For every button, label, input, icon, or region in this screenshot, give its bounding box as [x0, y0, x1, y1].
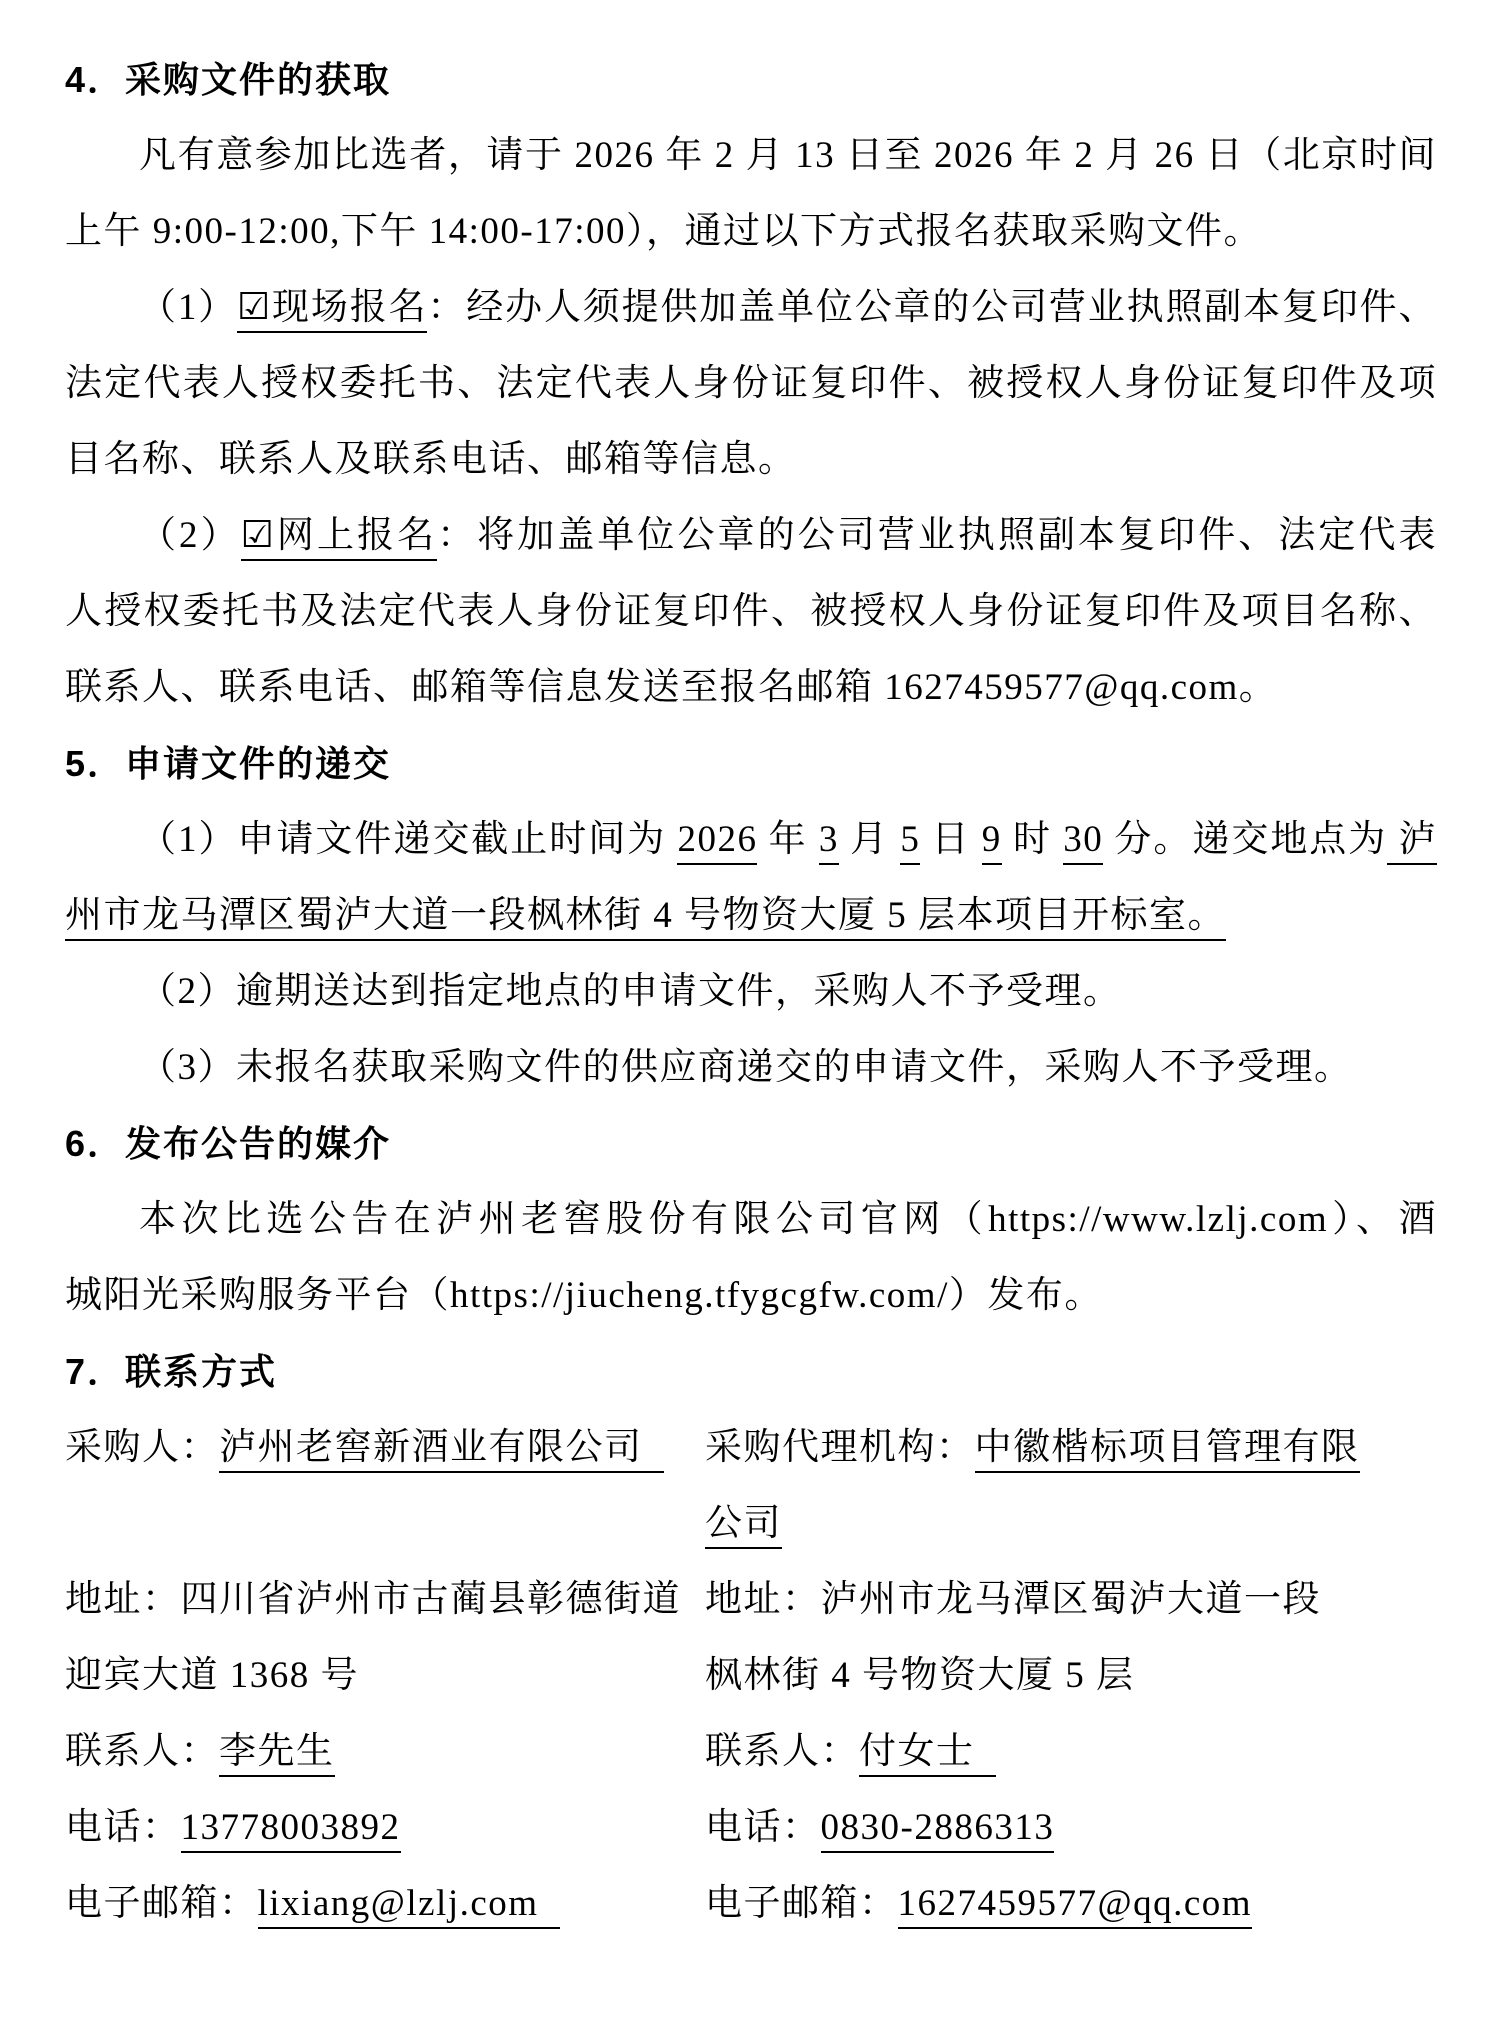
text-line: 本次比选公告在泸州老窖股份有限公司官网（https://www.lzlj.com… [65, 1182, 1437, 1258]
text-line: 凡有意参加比选者，请于 2026 年 2 月 13 日至 2026 年 2 月 … [65, 118, 1437, 194]
section-5-heading: 5．申请文件的递交 [65, 726, 1437, 802]
text-run: 4．采购文件的获取 [65, 59, 391, 100]
text-run: 6．发布公告的媒介 [65, 1123, 391, 1164]
text-run: （1） [139, 287, 237, 328]
text-run: （2）逾期送达到指定地点的申请文件，采购人不予受理。 [139, 971, 1122, 1012]
purchaser-name-value: 泸州老窖新酒业有限公司 [219, 1427, 664, 1473]
section-7-heading: 7．联系方式 [65, 1334, 1437, 1410]
text-run: 时 [1002, 819, 1063, 860]
contact-cell-left: 电话：13778003892 [65, 1790, 705, 1866]
contact-cell-left: 迎宾大道 1368 号 [65, 1638, 705, 1714]
contact-cell-right: 地址：泸州市龙马潭区蜀泸大道一段 [705, 1562, 1437, 1638]
agency-address-line1: 地址：泸州市龙马潭区蜀泸大道一段 [705, 1579, 1321, 1620]
text-run: 泸 [1387, 819, 1437, 865]
text-line: 城阳光采购服务平台（https://jiucheng.tfygcgfw.com/… [65, 1258, 1437, 1334]
text-run: 日 [920, 819, 981, 860]
text-run: 年 [757, 819, 818, 860]
checkbox-checked-icon: ☑ [241, 515, 276, 561]
text-line: （2）逾期送达到指定地点的申请文件，采购人不予受理。 [65, 954, 1437, 1030]
text-line: 州市龙马潭区蜀泸大道一段枫林街 4 号物资大厦 5 层本项目开标室。 [65, 878, 1437, 954]
text-run: 目名称、联系人及联系电话、邮箱等信息。 [65, 439, 797, 480]
contact-cell-right: 公司 [705, 1486, 1437, 1562]
contact-cell-right: 枫林街 4 号物资大厦 5 层 [705, 1638, 1437, 1714]
agency-name-value: 中徽楷标项目管理有限 [975, 1427, 1360, 1473]
text-line: （1）☑现场报名：经办人须提供加盖单位公章的公司营业执照副本复印件、 [65, 270, 1437, 346]
text-run: 5．申请文件的递交 [65, 743, 391, 784]
text-run: 月 [839, 819, 900, 860]
text-run: （2） [139, 515, 241, 556]
text-run: 法定代表人授权委托书、法定代表人身份证复印件、被授权人身份证复印件及项 [65, 363, 1437, 404]
agency-name-value-cont: 公司 [705, 1503, 782, 1549]
signup-email-sentence: 联系人、联系电话、邮箱等信息发送至报名邮箱 1627459577@qq.com。 [65, 667, 1277, 708]
contact-cell-right: 采购代理机构：中徽楷标项目管理有限 [705, 1410, 1437, 1486]
agency-contact-value: 付女士 [859, 1731, 996, 1777]
text-run: 7．联系方式 [65, 1351, 277, 1392]
submission-address: 州市龙马潭区蜀泸大道一段枫林街 4 号物资大厦 5 层本项目开标室。 [65, 895, 1226, 941]
text-run: ：经办人须提供加盖单位公章的公司营业执照副本复印件、 [427, 287, 1437, 328]
agency-phone-label: 电话： [705, 1807, 821, 1848]
checkbox-checked-icon: ☑ [237, 287, 272, 333]
agency-email-value: 1627459577@qq.com [898, 1883, 1253, 1929]
text-line: 人授权委托书及法定代表人身份证复印件、被授权人身份证复印件及项目名称、 [65, 574, 1437, 650]
deadline-month: 3 [819, 819, 839, 865]
section-6-heading: 6．发布公告的媒介 [65, 1106, 1437, 1182]
contact-cell-left: 联系人：李先生 [65, 1714, 705, 1790]
contact-cell-right: 电子邮箱：1627459577@qq.com [705, 1866, 1437, 1942]
online-signup-label: 网上报名 [275, 515, 437, 561]
purchaser-email-label: 电子邮箱： [65, 1883, 258, 1924]
text-line: 法定代表人授权委托书、法定代表人身份证复印件、被授权人身份证复印件及项 [65, 346, 1437, 422]
purchaser-address-line2: 迎宾大道 1368 号 [65, 1655, 359, 1696]
announcement-site-1: 本次比选公告在泸州老窖股份有限公司官网（https://www.lzlj.com… [139, 1199, 1437, 1240]
text-line: （3）未报名获取采购文件的供应商递交的申请文件，采购人不予受理。 [65, 1030, 1437, 1106]
deadline-year: 2026 [677, 819, 757, 865]
text-run: 人授权委托书及法定代表人身份证复印件、被授权人身份证复印件及项目名称、 [65, 591, 1437, 632]
contact-cell-left: 电子邮箱：lixiang@lzlj.com [65, 1866, 705, 1942]
section-4-heading: 4．采购文件的获取 [65, 42, 1437, 118]
document-body: 4．采购文件的获取凡有意参加比选者，请于 2026 年 2 月 13 日至 20… [65, 42, 1437, 1410]
agency-contact-label: 联系人： [705, 1731, 859, 1772]
text-line: 目名称、联系人及联系电话、邮箱等信息。 [65, 422, 1437, 498]
text-line: （1）申请文件递交截止时间为 2026 年 3 月 5 日 9 时 30 分。递… [65, 802, 1437, 878]
contact-cell-right: 电话：0830-2886313 [705, 1790, 1437, 1866]
purchaser-address-line1: 地址：四川省泸州市古蔺县彰德街道 [65, 1579, 681, 1620]
deadline-hour: 9 [982, 819, 1002, 865]
contact-cell-left [65, 1486, 705, 1562]
purchaser-phone-label: 电话： [65, 1807, 181, 1848]
text-run: 上午 9:00-12:00,下午 14:00-17:00），通过以下方式报名获取… [65, 211, 1262, 252]
onsite-signup-label: 现场报名 [272, 287, 428, 333]
text-run: ：将加盖单位公章的公司营业执照副本复印件、法定代表 [437, 515, 1437, 556]
text-run: 分。递交地点为 [1103, 819, 1387, 860]
agency-address-line2: 枫林街 4 号物资大厦 5 层 [705, 1655, 1135, 1696]
deadline-day: 5 [900, 819, 920, 865]
purchaser-phone-value: 13778003892 [181, 1807, 401, 1853]
text-line: （2）☑网上报名：将加盖单位公章的公司营业执照副本复印件、法定代表 [65, 498, 1437, 574]
contact-info-block: 采购人：泸州老窖新酒业有限公司 采购代理机构：中徽楷标项目管理有限公司地址：四川… [65, 1410, 1437, 1942]
contact-cell-right: 联系人：付女士 [705, 1714, 1437, 1790]
text-line: 联系人、联系电话、邮箱等信息发送至报名邮箱 1627459577@qq.com。 [65, 650, 1437, 726]
contact-cell-left: 地址：四川省泸州市古蔺县彰德街道 [65, 1562, 705, 1638]
purchaser-label: 采购人： [65, 1427, 219, 1468]
agency-label: 采购代理机构： [705, 1427, 975, 1468]
agency-phone-value: 0830-2886313 [821, 1807, 1055, 1853]
purchaser-contact-label: 联系人： [65, 1731, 219, 1772]
text-line: 上午 9:00-12:00,下午 14:00-17:00），通过以下方式报名获取… [65, 194, 1437, 270]
text-run: （1）申请文件递交截止时间为 [139, 819, 677, 860]
purchaser-email-value: lixiang@lzlj.com [258, 1883, 561, 1929]
announcement-site-2: 城阳光采购服务平台（https://jiucheng.tfygcgfw.com/… [65, 1275, 1103, 1316]
text-run: 凡有意参加比选者，请于 2026 年 2 月 13 日至 2026 年 2 月 … [139, 135, 1437, 176]
document-page: 4．采购文件的获取凡有意参加比选者，请于 2026 年 2 月 13 日至 20… [0, 0, 1500, 2017]
text-run: （3）未报名获取采购文件的供应商递交的申请文件，采购人不予受理。 [139, 1047, 1353, 1088]
contact-cell-left: 采购人：泸州老窖新酒业有限公司 [65, 1410, 705, 1486]
agency-email-label: 电子邮箱： [705, 1883, 898, 1924]
deadline-minute: 30 [1063, 819, 1103, 865]
purchaser-contact-value: 李先生 [219, 1731, 335, 1777]
